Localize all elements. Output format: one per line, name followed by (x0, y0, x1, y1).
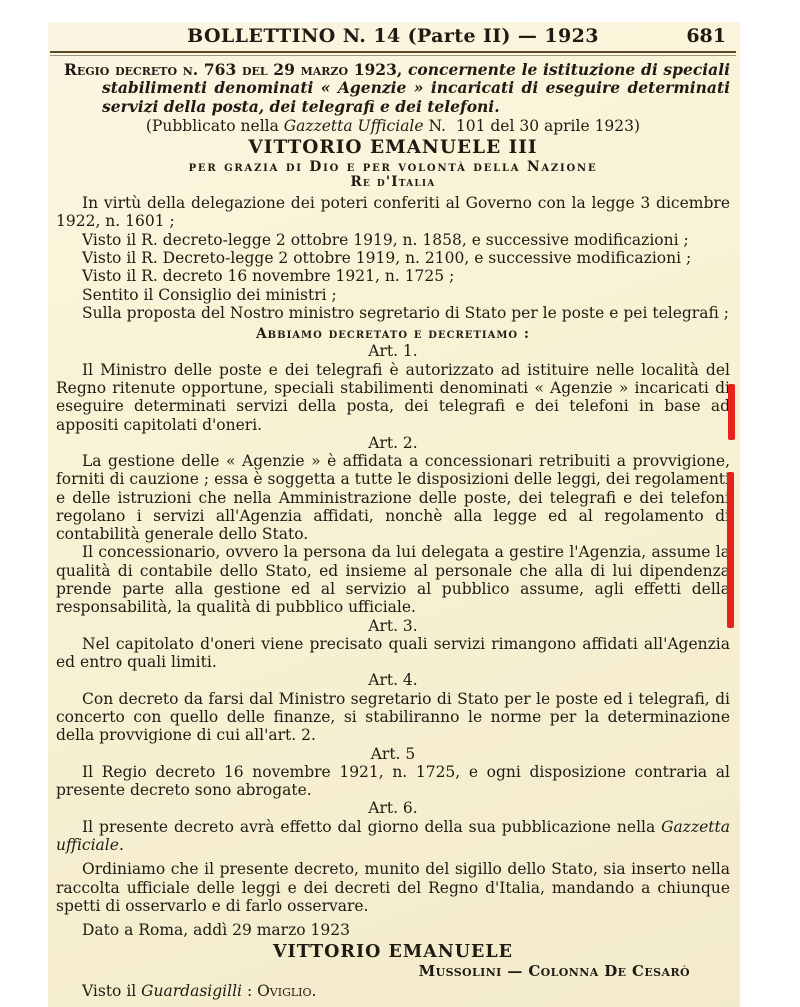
date-place-line: Dato a Roma, addì 29 marzo 1923 (56, 921, 730, 939)
header-rule (50, 51, 736, 56)
publication-source: Gazzetta Ufficiale (284, 117, 424, 135)
article-1-label: Art. 1. (56, 342, 730, 360)
publication-post: N. 101 del 30 aprile 1923) (424, 117, 641, 135)
publication-note: (Pubblicato nella Gazzetta Ufficiale N. … (56, 117, 730, 135)
document-page: BOLLETTINO N. 14 (Parte II) — 1923 681 R… (48, 22, 740, 1007)
visto-name: Oviglio. (257, 982, 316, 1000)
red-margin-mark-article-1 (728, 384, 735, 440)
article-6-label: Art. 6. (56, 799, 730, 817)
article-2-label: Art. 2. (56, 434, 730, 452)
bulletin-title: BOLLETTINO N. 14 (Parte II) — 1923 (56, 25, 730, 47)
preamble-paragraph: Visto il R. Decreto-legge 2 ottobre 1919… (56, 249, 730, 267)
visto-role: Guardasigilli (141, 982, 242, 1000)
preamble-paragraph: Visto il R. decreto 16 novembre 1921, n.… (56, 267, 730, 285)
article-6-period: . (119, 836, 124, 854)
article-5-label: Art. 5 (56, 745, 730, 763)
preamble-paragraph: Sulla proposta del Nostro ministro segre… (56, 304, 730, 322)
visto-pre: Visto il (82, 982, 141, 1000)
article-3-label: Art. 3. (56, 617, 730, 635)
article-6-paragraph: Il presente decreto avrà effetto dal gio… (56, 818, 730, 855)
page-number: 681 (686, 25, 726, 47)
ordiniamo-paragraph: Ordiniamo che il presente decreto, munit… (56, 860, 730, 915)
decree-heading: Regio decreto n. 763 del 29 marzo 1923, … (102, 61, 730, 116)
publication-pre: (Pubblicato nella (146, 117, 284, 135)
guardasigilli-line: Visto il Guardasigilli : Oviglio. (56, 982, 730, 1000)
article-2-paragraph: Il concessionario, ovvero la persona da … (56, 543, 730, 616)
royal-grace-line: per grazia di Dio e per volontà della Na… (56, 159, 730, 175)
article-3-paragraph: Nel capitolato d'oneri viene precisato q… (56, 635, 730, 672)
royal-title-line: Re d'Italia (56, 175, 730, 191)
article-1-paragraph: Il Ministro delle poste e dei telegrafi … (56, 361, 730, 434)
article-2-paragraph: La gestione delle « Agenzie » è affidata… (56, 452, 730, 543)
decree-number: Regio decreto n. 763 del 29 marzo 1923, (64, 60, 408, 79)
visto-separator: : (242, 982, 257, 1000)
preamble-paragraph: In virtù della delegazione dei poteri co… (56, 194, 730, 231)
article-5-paragraph: Il Regio decreto 16 novembre 1921, n. 17… (56, 763, 730, 800)
preamble-paragraph: Sentito il Consiglio dei ministri ; (56, 286, 730, 304)
king-signature: VITTORIO EMANUELE (56, 942, 730, 963)
page-header: BOLLETTINO N. 14 (Parte II) — 1923 681 (56, 22, 730, 50)
king-name: VITTORIO EMANUELE III (56, 137, 730, 159)
article-6-text: Il presente decreto avrà effetto dal gio… (82, 818, 661, 836)
preamble-paragraph: Visto il R. decreto-legge 2 ottobre 1919… (56, 231, 730, 249)
article-4-label: Art. 4. (56, 671, 730, 689)
red-margin-mark-article-2 (727, 472, 734, 628)
article-4-paragraph: Con decreto da farsi dal Ministro segret… (56, 690, 730, 745)
countersignatures: Mussolini — Colonna De Cesarò (56, 963, 730, 981)
decree-formula: Abbiamo decretato e decretiamo : (56, 326, 730, 342)
